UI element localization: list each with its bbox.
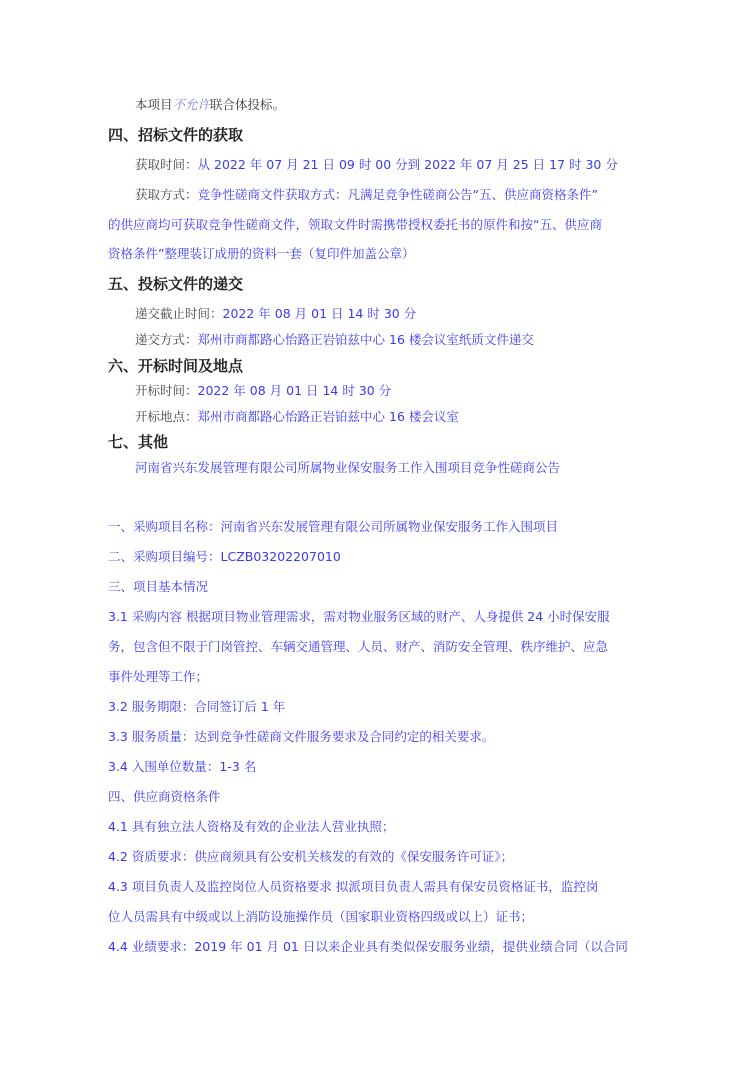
body-line: 3.1 采购内容 根据项目物业管理需求，需对物业服务区域的财产、人身提供 24 …	[108, 609, 610, 625]
section-6-heading: 六、开标时间及地点	[108, 357, 243, 375]
body-line: 三、项目基本情况	[108, 579, 208, 595]
deadline-label: 递交截止时间：	[135, 306, 223, 321]
opening-place-value: 郑州市商都路心怡路正岩铂兹中心 16 楼会议室	[198, 409, 459, 424]
consortium-note: 本项目不允许联合体投标。	[135, 97, 285, 113]
submit-method-value: 郑州市商都路心怡路正岩铂兹中心 16 楼会议室纸质文件递交	[198, 332, 534, 347]
body-line: 位人员需具有中级或以上消防设施操作员（国家职业资格四级或以上）证书；	[108, 909, 533, 925]
acquire-method-text: 竞争性磋商文件获取方式：凡满足竞争性磋商公告“五、供应商资格条件”	[198, 187, 598, 202]
opening-time-label: 开标时间：	[135, 383, 198, 398]
opening-time-value: 2022 年 08 月 01 日 14 时 30 分	[198, 383, 392, 398]
intro-prefix: 本项目	[135, 97, 173, 112]
opening-place: 开标地点：郑州市商都路心怡路正岩铂兹中心 16 楼会议室	[135, 409, 459, 425]
body-line: 务，包含但不限于门岗管控、车辆交通管理、人员、财产、消防安全管理、秩序维护、应急	[108, 639, 608, 655]
acquire-time-label: 获取时间：	[135, 157, 198, 172]
section-5-heading: 五、投标文件的递交	[108, 275, 243, 293]
acquire-method-line2: 的供应商均可获取竞争性磋商文件，领取文件时需携带授权委托书的原件和按“五、供应商	[108, 217, 602, 233]
body-line: 4.2 资质要求：供应商须具有公安机关核发的有效的《保安服务许可证》；	[108, 849, 513, 865]
deadline: 递交截止时间：2022 年 08 月 01 日 14 时 30 分	[135, 306, 416, 322]
opening-time: 开标时间：2022 年 08 月 01 日 14 时 30 分	[135, 383, 391, 399]
intro-emphasis: 不允许	[173, 97, 211, 112]
acquire-time: 获取时间：从 2022 年 07 月 21 日 09 时 00 分到 2022 …	[135, 157, 618, 173]
body-line: 事件处理等工作；	[108, 669, 208, 685]
section-4-heading: 四、招标文件的获取	[108, 126, 243, 144]
opening-place-label: 开标地点：	[135, 409, 198, 424]
body-line: 4.3 项目负责人及监控岗位人员资格要求 拟派项目负责人需具有保安员资格证书，监…	[108, 879, 598, 895]
acquire-method-line1: 获取方式：竞争性磋商文件获取方式：凡满足竞争性磋商公告“五、供应商资格条件”	[135, 187, 598, 203]
submit-method-label: 递交方式：	[135, 332, 198, 347]
announcement-title: 河南省兴东发展管理有限公司所属物业保安服务工作入围项目竞争性磋商公告	[135, 460, 560, 476]
body-line: 3.3 服务质量：达到竞争性磋商文件服务要求及合同约定的相关要求。	[108, 729, 494, 745]
body-line: 4.1 具有独立法人资格及有效的企业法人营业执照；	[108, 819, 394, 835]
body-line: 3.2 服务期限：合同签订后 1 年	[108, 699, 285, 715]
acquire-time-value: 从 2022 年 07 月 21 日 09 时 00 分到 2022 年 07 …	[198, 157, 618, 172]
acquire-method-label: 获取方式：	[135, 187, 198, 202]
intro-suffix: 联合体投标。	[210, 97, 285, 112]
deadline-value: 2022 年 08 月 01 日 14 时 30 分	[223, 306, 417, 321]
body-line: 四、供应商资格条件	[108, 789, 221, 805]
body-line: 二、采购项目编号：LCZB03202207010	[108, 549, 341, 565]
body-line: 3.4 入围单位数量：1-3 名	[108, 759, 256, 775]
body-line: 4.4 业绩要求：2019 年 01 月 01 日以来企业具有类似保安服务业绩，…	[108, 939, 628, 955]
body-line: 一、采购项目名称：河南省兴东发展管理有限公司所属物业保安服务工作入围项目	[108, 519, 558, 535]
acquire-method-line3: 资格条件”整理装订成册的资料一套（复印件加盖公章）	[108, 246, 414, 262]
section-7-heading: 七、其他	[108, 433, 168, 451]
submit-method: 递交方式：郑州市商都路心怡路正岩铂兹中心 16 楼会议室纸质文件递交	[135, 332, 534, 348]
